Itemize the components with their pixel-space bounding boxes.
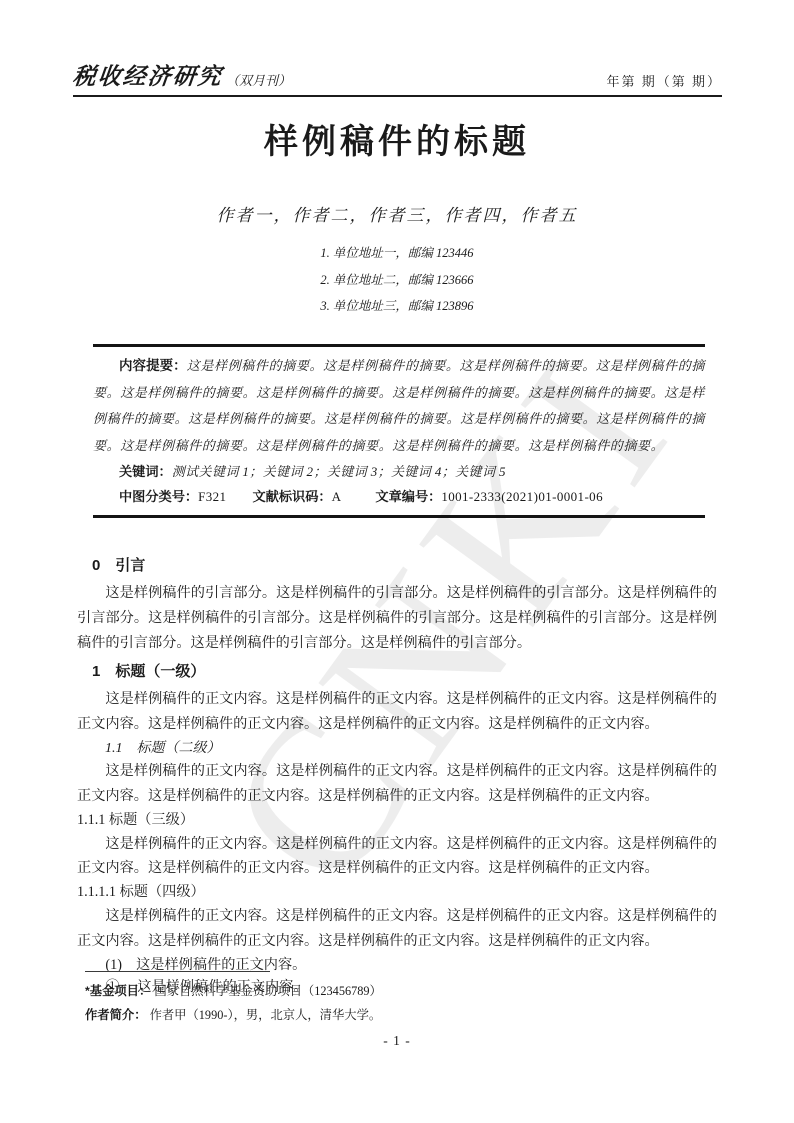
clc-value: F321 <box>198 489 226 504</box>
affiliation-line: 2. 单位地址二，邮编 123666 <box>0 267 794 294</box>
body-paragraph: 这是样例稿件的引言部分。这是样例稿件的引言部分。这是样例稿件的引言部分。这是样例… <box>77 581 717 655</box>
journal-logo: 税收经济研究 （双月刊） <box>73 58 291 92</box>
abstract-label: 内容提要： <box>119 358 187 373</box>
header-rule <box>73 95 722 97</box>
page-header: 税收经济研究 （双月刊） 年第 期（第 期） <box>73 56 722 92</box>
bio-line: 作者简介： 作者甲（1990-），男，北京人，清华大学。 <box>85 1003 707 1027</box>
footnote-separator <box>85 971 270 972</box>
document-page: CNKI 税收经济研究 （双月刊） 年第 期（第 期） 样例稿件的标题 作者一，… <box>0 0 794 1123</box>
affiliation-line: 1. 单位地址一，邮编 123446 <box>0 240 794 267</box>
fund-line: *基金项目： 国家自然科学基金资助项目（123456789） <box>85 979 707 1003</box>
section-heading-l1: 0 引言 <box>77 556 717 576</box>
article-body: 0 引言这是样例稿件的引言部分。这是样例稿件的引言部分。这是样例稿件的引言部分。… <box>77 549 717 999</box>
bio-label: 作者简介： <box>85 1008 147 1022</box>
authors-line: 作者一，作者二，作者三，作者四，作者五 <box>0 201 794 226</box>
keywords-line: 关键词：测试关键词 1；关键词 2；关键词 3；关键词 4；关键词 5 <box>93 459 705 484</box>
affiliations: 1. 单位地址一，邮编 123446 2. 单位地址二，邮编 123666 3.… <box>0 240 794 320</box>
body-paragraph: 这是样例稿件的正文内容。这是样例稿件的正文内容。这是样例稿件的正文内容。这是样例… <box>77 832 717 882</box>
body-paragraph: 这是样例稿件的正文内容。这是样例稿件的正文内容。这是样例稿件的正文内容。这是样例… <box>77 904 717 954</box>
section-heading-l2: 1.1 标题（二级） <box>77 739 717 758</box>
section-heading-l3: 1.1.1 标题（三级） <box>77 811 717 830</box>
article-title: 样例稿件的标题 <box>0 114 794 163</box>
section-heading-l1: 1 标题（一级） <box>77 662 717 682</box>
body-paragraph: 这是样例稿件的正文内容。这是样例稿件的正文内容。这是样例稿件的正文内容。这是样例… <box>77 687 717 737</box>
keywords-label: 关键词： <box>119 464 172 479</box>
abstract-paragraph: 内容提要：这是样例稿件的摘要。这是样例稿件的摘要。这是样例稿件的摘要。这是样例稿… <box>93 353 705 459</box>
section-heading-l3: 1.1.1.1 标题（四级） <box>77 883 717 902</box>
footnote-block: *基金项目： 国家自然科学基金资助项目（123456789） 作者简介： 作者甲… <box>85 971 707 1027</box>
body-paragraph: 这是样例稿件的正文内容。这是样例稿件的正文内容。这是样例稿件的正文内容。这是样例… <box>77 759 717 809</box>
bio-text: 作者甲（1990-），男，北京人，清华大学。 <box>150 1008 382 1022</box>
doc-code-label: 文献标识码： <box>252 489 331 504</box>
article-id-label: 文章编号： <box>375 489 441 504</box>
abstract-box: 内容提要：这是样例稿件的摘要。这是样例稿件的摘要。这是样例稿件的摘要。这是样例稿… <box>93 344 705 518</box>
journal-logo-subtitle: （双月刊） <box>226 70 291 92</box>
affiliation-line: 3. 单位地址三，邮编 123896 <box>0 293 794 320</box>
keywords-text: 测试关键词 1；关键词 2；关键词 3；关键词 4；关键词 5 <box>172 464 506 479</box>
doc-code-value: A <box>332 489 342 504</box>
fund-text: 国家自然科学基金资助项目（123456789） <box>154 984 382 998</box>
fund-label: *基金项目： <box>85 984 151 998</box>
journal-logo-text: 税收经济研究 <box>71 58 225 92</box>
clc-label: 中图分类号： <box>119 489 198 504</box>
article-id-value: 1001-2333(2021)01-0001-06 <box>441 489 603 504</box>
classification-line: 中图分类号：F321文献标识码：A文章编号：1001-2333(2021)01-… <box>93 484 705 509</box>
page-number: - 1 - <box>0 1033 794 1049</box>
journal-issue-info: 年第 期（第 期） <box>606 71 722 92</box>
